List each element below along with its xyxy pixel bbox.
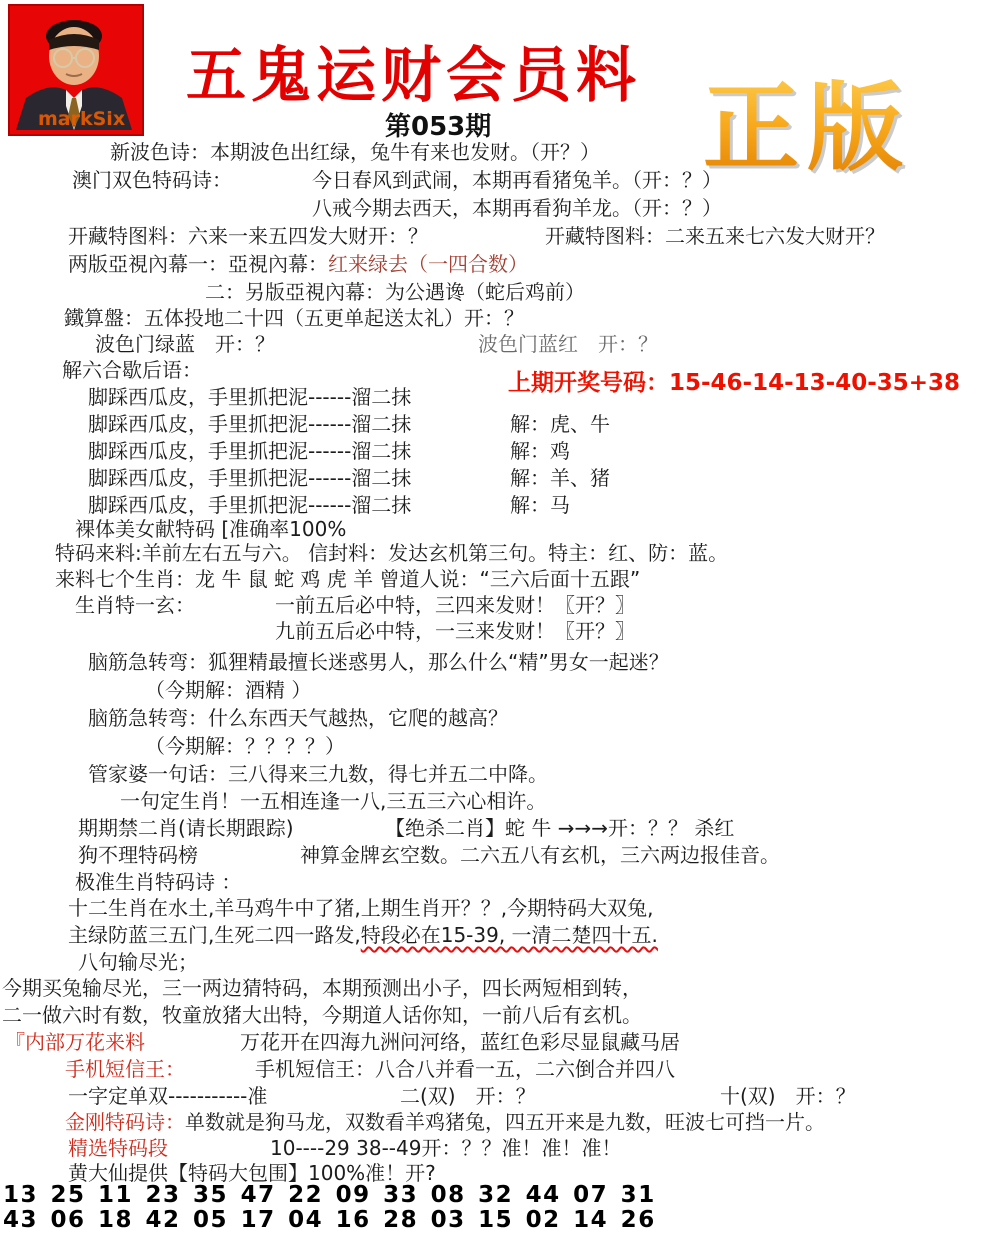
hidden-special-chart-right: 开藏特图料：二来五来七六发大财开？	[545, 224, 885, 248]
surround-numbers-row-1: 13 25 11 23 35 47 22 09 33 08 32 44 07 3…	[3, 1182, 656, 1208]
zodiac-mystery-line-2: 九前五后必中特，一三来发财！〖开？〗	[275, 619, 635, 643]
kill-two-zodiac-line: 【绝杀二肖】蛇 牛 →→→开：？？ 杀红	[385, 816, 734, 840]
edition-badge: 正版	[703, 52, 911, 189]
sms-king-line: 手机短信王：八合八并看一五，二六倒合并四八	[255, 1057, 675, 1081]
atv-insider-line-2: 二：另版亞視內幕：为公遇谗（蛇后鸡前）	[205, 280, 585, 304]
riddle-line-2: 脚踩西瓜皮，手里抓把泥------溜二抹	[88, 412, 411, 436]
accurate-zodiac-poem-header: 极准生肖特码诗 ：	[75, 870, 241, 894]
brain-teaser-2-answer: （今期解：？？？？）	[145, 734, 345, 758]
zodiac-mystery-label: 生肖特一玄：	[75, 593, 195, 617]
macau-poem-line-2: 八戒今期去西天，本期再看狗羊龙。（开：？）	[312, 196, 722, 220]
riddle-solution-2: 解：鸡	[510, 439, 570, 463]
odd-even-label: 一字定单双-----------准	[68, 1084, 267, 1108]
accurate-zodiac-poem-line-2: 主绿防蓝三五门,生死二四一路发,特段必在15-39, 一清二楚四十五.	[68, 923, 658, 947]
zodiac-fixing-phrase: 一句定生肖！一五相连逢一八,三五三六心相许。	[120, 789, 546, 813]
selected-segment-label: 精选特码段	[68, 1136, 168, 1160]
banned-two-zodiac-label: 期期禁二肖(请长期跟踪)	[78, 816, 294, 840]
eight-phrase-line-1: 今期买兔输尽光，三一两边猜特码，本期预测出小子，四长两短相到转，	[2, 976, 642, 1000]
brain-teaser-1-answer: （今期解：酒精 ）	[145, 678, 311, 702]
riddle-line-4: 脚踩西瓜皮，手里抓把泥------溜二抹	[88, 466, 411, 490]
vajra-poem-line: 单数就是狗马龙，双数看羊鸡猪兔，四五开来是九数，旺波七可挡一片。	[185, 1110, 825, 1134]
poem-line-2-start: 主绿防蓝三五门,生死二四一路发,	[68, 923, 361, 947]
eight-phrase-line-2: 二一做六时有数，牧童放猪大出特，今期道人话你知，一前八后有玄机。	[2, 1003, 642, 1027]
riddle-solution-4: 解：马	[510, 493, 570, 517]
housekeeper-phrase: 管家婆一句话：三八得来三九数，得七并五二中降。	[88, 762, 548, 786]
vajra-poem-label: 金刚特码诗：	[65, 1110, 185, 1134]
portrait-photo: markSix	[8, 4, 144, 136]
riddle-solution-1: 解：虎、牛	[510, 412, 610, 436]
eight-phrase-header: 八句输尽光；	[78, 950, 198, 974]
hidden-special-chart-left: 开藏特图料：六来一来五四发大财开：？	[68, 224, 428, 248]
brain-teaser-2: 脑筋急转弯：什么东西天气越热，它爬的越高？	[88, 706, 508, 730]
macau-double-color-poem-label: 澳门双色特码诗：	[72, 168, 232, 192]
internal-wanhua-line: 万花开在四海九洲问河络，蓝红色彩尽显鼠藏马居	[240, 1030, 680, 1054]
new-wave-color-poem: 新波色诗：本期波色出红绿，兔牛有来也发财。（开？）	[110, 140, 600, 164]
beauty-special-code-line: 裸体美女献特码 [准确率100%	[75, 517, 346, 541]
riddle-line-1: 脚踩西瓜皮，手里抓把泥------溜二抹	[88, 385, 411, 409]
surround-numbers-row-2: 43 06 18 42 05 17 04 16 28 03 15 02 14 2…	[3, 1207, 656, 1233]
internal-wanhua-label: 『内部万花来料	[5, 1030, 145, 1054]
atv-insider-label: 两版亞視內幕一：亞視內幕：	[68, 252, 328, 276]
wave-color-gate-green-blue: 波色门绿蓝 开：？	[95, 332, 275, 356]
issue-number: 第053期	[385, 106, 491, 143]
riddle-line-5: 脚踩西瓜皮，手里抓把泥------溜二抹	[88, 493, 411, 517]
poem-line-2-underlined: 特段必在15-39, 一清二楚四十五.	[361, 923, 658, 947]
iron-abacus-line: 鐵算盤：五体投地二十四（五更单起送太礼）开：？	[64, 306, 524, 330]
photo-watermark: markSix	[38, 108, 125, 130]
last-draw-numbers: 上期开奖号码：15-46-14-13-40-35+38	[508, 364, 960, 397]
odd-even-ten: 十(双) 开：？	[720, 1084, 856, 1108]
seven-zodiac-line: 来料七个生肖：龙 牛 鼠 蛇 鸡 虎 羊 曾道人说：“三六后面十五跟”	[55, 567, 640, 591]
page-title: 五鬼运财会员料	[186, 28, 641, 114]
riddle-section-header: 解六合歇后语：	[62, 358, 202, 382]
riddle-line-3: 脚踩西瓜皮，手里抓把泥------溜二抹	[88, 439, 411, 463]
atv-insider-phrase: 红来绿去（一四合数）	[328, 252, 528, 276]
goubuli-board-line: 神算金牌玄空数。二六五八有玄机，三六两边报佳音。	[300, 843, 780, 867]
zodiac-mystery-line-1: 一前五后必中特，三四来发财！〖开？〗	[275, 593, 635, 617]
selected-segment-line: 10----29 38--49开：？？准！准！准！	[270, 1136, 621, 1160]
brain-teaser-1: 脑筋急转弯：狐狸精最擅长迷惑男人，那么什么“精”男女一起迷？	[88, 650, 669, 674]
atv-insider-line-1: 两版亞視內幕一：亞視內幕：红来绿去（一四合数）	[68, 252, 528, 276]
macau-poem-line-1: 今日春风到武闹，本期再看猪兔羊。（开：？）	[312, 168, 722, 192]
sms-king-label: 手机短信王：	[65, 1057, 185, 1081]
odd-even-two: 二(双) 开：？	[400, 1084, 536, 1108]
riddle-solution-3: 解：羊、猪	[510, 466, 610, 490]
accurate-zodiac-poem-line-1: 十二生肖在水土,羊马鸡牛中了猪,上期生肖开？？,今期特码大双兔,	[68, 896, 653, 920]
tip-sheet-page: markSix 五鬼运财会员料 第053期 正版 新波色诗：本期波色出红绿，兔牛…	[0, 0, 992, 1234]
portrait-illustration: markSix	[10, 6, 138, 130]
special-code-source-line: 特码来料:羊前左右五与六。 信封料：发达玄机第三句。特主：红、防：蓝。	[55, 541, 728, 565]
goubuli-board-label: 狗不理特码榜	[78, 843, 198, 867]
wave-color-gate-blue-red: 波色门蓝红 开：？	[478, 332, 658, 356]
